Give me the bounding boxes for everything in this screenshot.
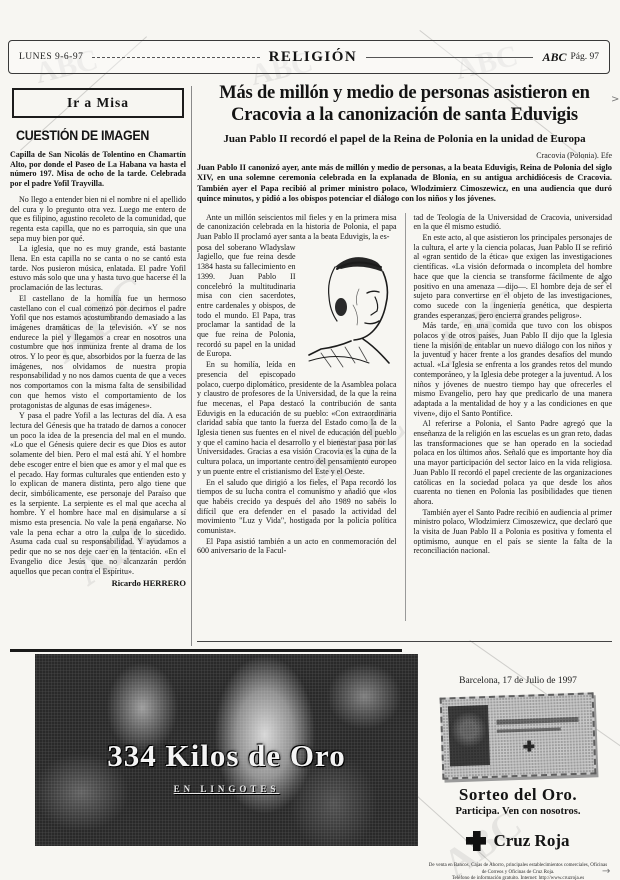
ticket-photo <box>448 705 490 766</box>
ticket-text-bar <box>497 728 561 733</box>
header-rule <box>366 57 533 58</box>
article-paragraph: En este acto, al que asistieron los prin… <box>414 233 613 320</box>
ad-subheadline: EN LINGOTES <box>35 784 418 794</box>
main-article: Más de millón y medio de personas asisti… <box>197 82 612 621</box>
ir-a-misa-box: Ir a Misa <box>12 88 184 118</box>
sidebar-intro: Capilla de San Nicolás de Tolentino en C… <box>10 150 186 189</box>
ad-tagline: Participa. Ven con nosotros. <box>424 806 612 817</box>
ir-a-misa-title: Ir a Misa <box>67 95 129 111</box>
author-signature: Ricardo HERRERO <box>10 578 186 588</box>
article-paragraph: También ayer el Santo Padre recibió en a… <box>414 508 613 557</box>
ad-headline: 334 Kilos de Oro <box>35 738 418 774</box>
cruz-roja-brand: Cruz Roja <box>493 831 569 851</box>
article-paragraph: En su homilía, leída en presencia del ep… <box>197 360 397 476</box>
sidebar-paragraph: Y pasa el padre Yofil a las lecturas del… <box>10 411 186 576</box>
scan-mark: > <box>611 94 619 105</box>
sidebar-column: Ir a Misa CUESTIÓN DE IMAGEN Capilla de … <box>10 88 186 645</box>
edition-date: LUNES 9-6-97 <box>19 52 83 62</box>
article-subhead: Juan Pablo II recordó el papel de la Rei… <box>197 133 612 145</box>
sidebar-paragraph: No llego a entender bien ni el nombre ni… <box>10 195 186 244</box>
ad-photo: 334 Kilos de Oro EN LINGOTES <box>35 654 418 846</box>
ticket-text-bar <box>496 717 578 725</box>
article-paragraph: Más tarde, en una comida que tuvo con lo… <box>414 321 613 418</box>
page-number: Pág. 97 <box>571 52 600 62</box>
pope-sketch-illustration <box>301 245 397 377</box>
article-paragraph: El Papa asistió también a un acto en con… <box>197 537 397 556</box>
ad-right-panel: Barcelona, 17 de Julio de 1997 Sorteo de… <box>424 676 612 880</box>
sidebar-paragraph: El castellano de la homilía fue un hermo… <box>10 294 186 410</box>
ad-legal-line: Teléfono de información gratuito. Intern… <box>428 876 608 880</box>
sidebar-paragraph: La iglesia, que no es muy grande, está b… <box>10 244 186 293</box>
red-cross-icon <box>523 740 534 751</box>
article-column-1: Ante un millón seiscientos mil fieles y … <box>197 213 405 621</box>
article-column-2: tad de Teología de la Universidad de Cra… <box>405 213 613 621</box>
article-lead: Juan Pablo II canonizó ayer, ante más de… <box>197 163 612 204</box>
column-divider <box>191 86 192 646</box>
article-paragraph: Al referirse a Polonia, el Santo Padre a… <box>414 419 613 506</box>
sidebar-end-rule <box>10 649 402 652</box>
cruz-roja-logo: Cruz Roja <box>424 831 612 851</box>
ad-legal-line: De venta en Bancos, Cajas de Ahorro, pri… <box>428 863 608 876</box>
lottery-ticket-image <box>440 692 597 779</box>
newspaper-brand: ABC <box>542 50 566 65</box>
article-paragraph: Ante un millón seiscientos mil fieles y … <box>197 213 397 242</box>
ad-legal-text: De venta en Bancos, Cajas de Ahorro, pri… <box>424 863 612 880</box>
ad-draw-date: Barcelona, 17 de Julio de 1997 <box>424 676 612 686</box>
section-title: RELIGIÓN <box>269 49 358 66</box>
article-dateline: Cracovia (Polonia). Efe <box>197 151 612 160</box>
page-header: LUNES 9-6-97 RELIGIÓN ABC Pág. 97 <box>8 40 610 74</box>
article-paragraph: tad de Teología de la Universidad de Cra… <box>414 213 613 232</box>
article-headline: Más de millón y medio de personas asisti… <box>197 82 612 126</box>
article-end-rule <box>197 641 612 642</box>
ad-promo-title: Sorteo del Oro. <box>424 785 612 805</box>
article-paragraph: En el saludo que dirigió a los fieles, e… <box>197 478 397 536</box>
article-body: Ante un millón seiscientos mil fieles y … <box>197 213 612 621</box>
sidebar-article-title: CUESTIÓN DE IMAGEN <box>16 128 172 143</box>
newspaper-page: { "watermark": "ABC", "marks": { "chevro… <box>0 0 620 880</box>
red-cross-icon <box>466 831 486 851</box>
header-rule <box>92 57 259 58</box>
